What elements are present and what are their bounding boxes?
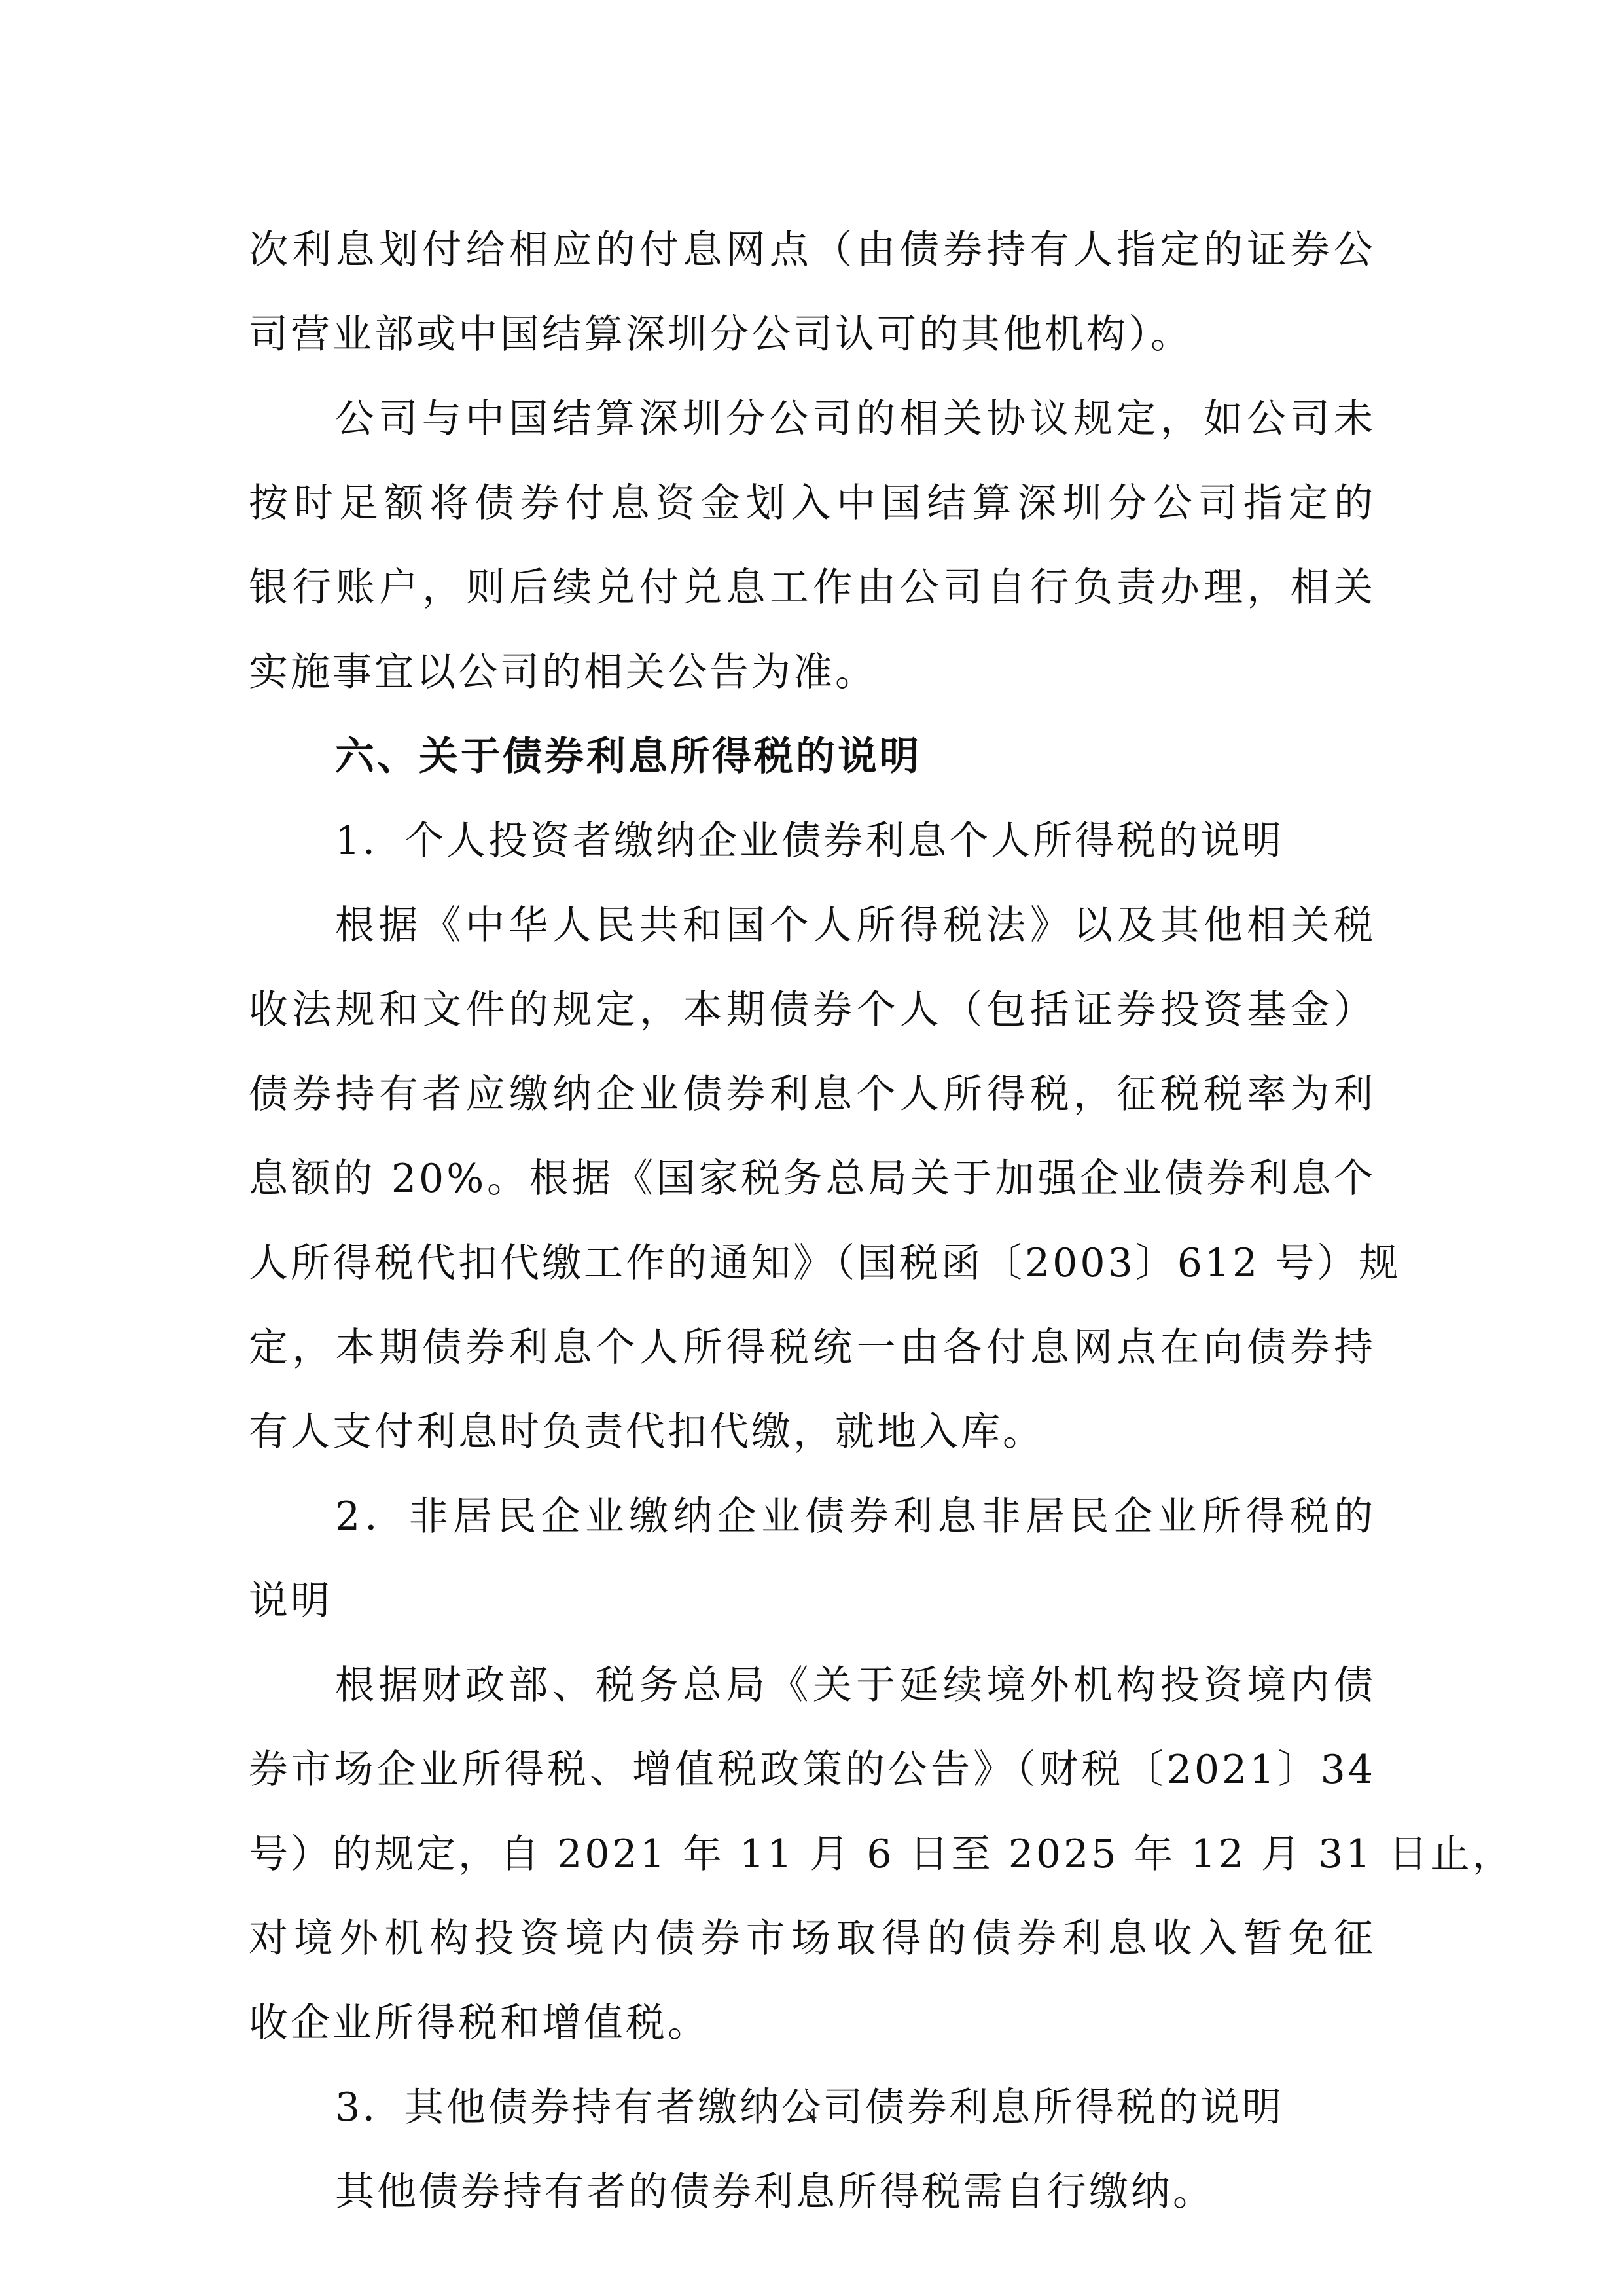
paragraph-line: 根据《中华人民共和国个人所得税法》以及其他相关税	[249, 884, 1376, 968]
paragraph-line: 实施事宜以公司的相关公告为准。	[249, 630, 1376, 715]
section-heading: 六、关于债券利息所得税的说明	[249, 715, 1376, 799]
paragraph-line: 有人支付利息时负责代扣代缴，就地入库。	[249, 1390, 1376, 1475]
paragraph-line: 按时足额将债券付息资金划入中国结算深圳分公司指定的	[249, 461, 1376, 546]
paragraph-line: 人所得税代扣代缴工作的通知》（国税函〔2003〕612 号）规	[249, 1221, 1376, 1306]
paragraph-line: 收企业所得税和增值税。	[249, 1981, 1376, 2066]
subsection-heading: 1．个人投资者缴纳企业债券利息个人所得税的说明	[249, 799, 1376, 884]
document-body: 次利息划付给相应的付息网点（由债券持有人指定的证券公 司营业部或中国结算深圳分公…	[249, 208, 1376, 2234]
paragraph-line: 公司与中国结算深圳分公司的相关协议规定，如公司未	[249, 377, 1376, 461]
page-number: 4	[0, 2102, 1623, 2126]
paragraph-line: 对境外机构投资境内债券市场取得的债券利息收入暂免征	[249, 1897, 1376, 1981]
paragraph-line: 债券持有者应缴纳企业债券利息个人所得税，征税税率为利	[249, 1052, 1376, 1137]
paragraph-line: 根据财政部、税务总局《关于延续境外机构投资境内债	[249, 1643, 1376, 1728]
paragraph-line: 息额的 20%。根据《国家税务总局关于加强企业债券利息个	[249, 1137, 1376, 1221]
paragraph-line: 号）的规定，自 2021 年 11 月 6 日至 2025 年 12 月 31 …	[249, 1812, 1376, 1897]
paragraph-line: 券市场企业所得税、增值税政策的公告》（财税〔2021〕34	[249, 1728, 1376, 1812]
paragraph-line: 定，本期债券利息个人所得税统一由各付息网点在向债券持	[249, 1306, 1376, 1390]
paragraph-line: 收法规和文件的规定，本期债券个人（包括证券投资基金）	[249, 968, 1376, 1052]
paragraph-line: 银行账户，则后续兑付兑息工作由公司自行负责办理，相关	[249, 546, 1376, 630]
paragraph-line: 其他债券持有者的债券利息所得税需自行缴纳。	[249, 2150, 1376, 2234]
paragraph-line: 次利息划付给相应的付息网点（由债券持有人指定的证券公	[249, 208, 1376, 293]
subsection-heading: 说明	[249, 1559, 1376, 1643]
paragraph-line: 司营业部或中国结算深圳分公司认可的其他机构）。	[249, 293, 1376, 377]
subsection-heading: 2．非居民企业缴纳企业债券利息非居民企业所得税的	[249, 1475, 1376, 1559]
